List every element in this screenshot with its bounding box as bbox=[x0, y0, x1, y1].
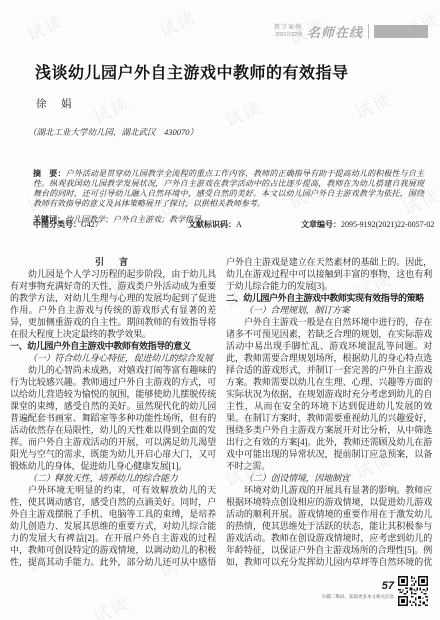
subsection-heading: （二）创设情境，因地制宜 bbox=[226, 472, 432, 484]
article-affiliation: （湖北工业大学幼儿园，湖北武汉 430070） bbox=[28, 126, 198, 138]
abstract-label: 摘 要： bbox=[33, 169, 66, 178]
paragraph-continuation: 户外自主游戏是建立在天然素材的基础上的。因此，幼儿在游戏过程中可以接触到丰富的事… bbox=[226, 256, 432, 292]
article-id-value: 2095-9192(2021)22-0057-02 bbox=[341, 220, 434, 229]
paragraph: 幼儿园是个人学习历程的起步阶段，由于幼儿具有对事物充满好奇的天性，游戏类户外活动… bbox=[10, 268, 216, 340]
article-title: 浅谈幼儿园户外自主游戏中教师的有效指导 bbox=[35, 60, 349, 83]
watermark-stamp: 试读 bbox=[89, 89, 134, 127]
page-header: 教学案例 2021年22期 名师在线 bbox=[274, 22, 428, 41]
abstract: 摘 要：户外活动是贯穿幼儿园教学全流程的重点工作内容，教师的正确指导有助于提高幼… bbox=[33, 169, 424, 209]
header-decoration-block bbox=[374, 25, 428, 38]
doc-code-value: A bbox=[236, 220, 242, 229]
clc-value: G427 bbox=[81, 220, 99, 229]
header-issue: 2021年22期 bbox=[274, 32, 302, 38]
page-number-block: 57 扫描二维码，获取更多本文相关信息 bbox=[322, 580, 394, 600]
meta-row: 中图分类号：G427 文献标识码：A 文章编号：2095-9192(2021)2… bbox=[33, 219, 424, 230]
watermark-stamp: 试读 bbox=[89, 589, 134, 620]
header-divider bbox=[368, 24, 369, 39]
qr-code-icon bbox=[398, 576, 428, 606]
paragraph: 户外环境无明显的约束，可有效解放幼儿的天性，使其调动感官，感受自然的点滴美好。同… bbox=[10, 484, 216, 568]
section-heading-1: 一、幼儿园户外自主游戏中教师有效指导的意义 bbox=[10, 340, 216, 352]
subsection-heading: （一）符合幼儿身心特征，促进幼儿的综合发展 bbox=[10, 352, 216, 364]
qr-caption: 扫描二维码，获取更多本文相关信息 bbox=[322, 594, 394, 600]
intro-heading: 引 言 bbox=[10, 256, 216, 268]
header-issue-info: 教学案例 2021年22期 bbox=[274, 25, 302, 39]
article-id: 文章编号：2095-9192(2021)22-0057-02 bbox=[301, 219, 434, 230]
article-id-label: 文章编号： bbox=[301, 220, 341, 229]
watermark-stamp: 试读 bbox=[155, 3, 200, 41]
watermark-stamp: 试读 bbox=[23, 7, 68, 45]
watermark-stamp: 试读 bbox=[221, 93, 266, 131]
section-heading-2: 二、幼儿园户外自主游戏中教师实现有效指导的策略 bbox=[226, 292, 432, 304]
page-number: 57 bbox=[322, 580, 394, 592]
paragraph: 环境对幼儿游戏的开展具有显著的影响。教师应根据环境特点创设相应的游戏情境，以促进… bbox=[226, 484, 432, 568]
abstract-text: 户外活动是贯穿幼儿园教学全流程的重点工作内容，教师的正确指导有助于提高幼儿的积极… bbox=[33, 169, 424, 208]
body-column-left: 引 言 幼儿园是个人学习历程的起步阶段，由于幼儿具有对事物充满好奇的天性，游戏类… bbox=[10, 256, 216, 568]
header-category: 教学案例 bbox=[274, 25, 302, 33]
watermark-stamp: 试读 bbox=[351, 85, 396, 123]
journal-logo: 名师在线 bbox=[307, 22, 363, 41]
paragraph: 户外自主游戏一般是在自然环境中进行的，存在诸多不可预见因素，若缺乏合理的规划，在… bbox=[226, 316, 432, 472]
clc-number: 中图分类号：G427 bbox=[33, 219, 99, 230]
page-footer: 57 扫描二维码，获取更多本文相关信息 bbox=[322, 576, 428, 606]
body-column-right: 户外自主游戏是建立在天然素材的基础上的。因此，幼儿在游戏过程中可以接触到丰富的事… bbox=[226, 256, 432, 568]
subsection-heading: （一）合理规划，制订方案 bbox=[226, 304, 432, 316]
paragraph: 幼儿的心智尚未成熟，对嬉戏打闹等富有趣味的行为比较感兴趣。教师通过户外自主游戏的… bbox=[10, 364, 216, 472]
journal-page: 试读 试读 试读 试读 试读 试读 试读 试读 试读 试读 试读 试读 试读 试… bbox=[0, 0, 440, 620]
clc-label: 中图分类号： bbox=[33, 220, 81, 229]
article-author: 徐 娟 bbox=[36, 96, 74, 111]
doc-code: 文献标识码：A bbox=[188, 219, 242, 230]
subsection-heading: （二）释放天性，培养幼儿的综合能力 bbox=[10, 472, 216, 484]
doc-code-label: 文献标识码： bbox=[188, 220, 236, 229]
